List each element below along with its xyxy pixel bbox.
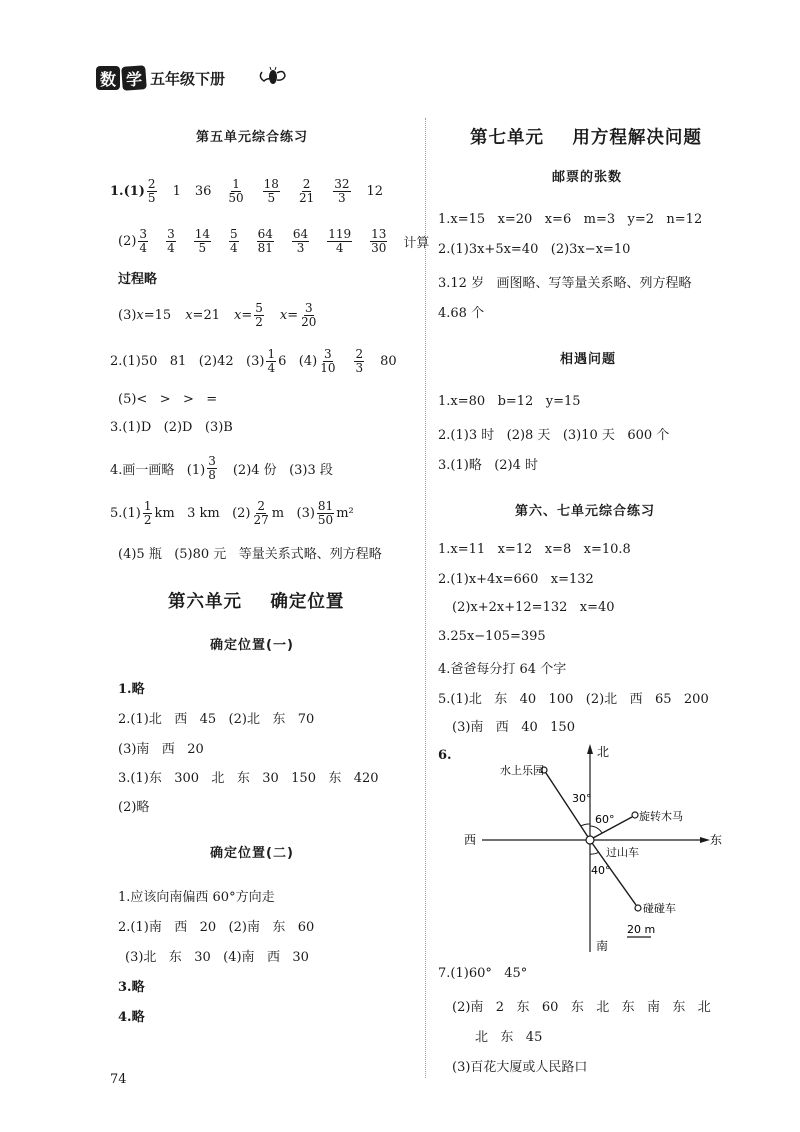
svg-text:20 m: 20 m [627,923,655,936]
section-title-stamps: 邮票的张数 [552,166,622,185]
svg-text:30°: 30° [572,792,592,805]
answer-line: (3)南 西 20 [118,738,204,757]
answer-line: 1.x=11 x=12 x=8 x=10.8 [438,542,631,557]
q6-label: 6. [438,748,452,763]
svg-text:北: 北 [597,745,609,759]
unit-title-unit6: 第六单元 确定位置 [168,588,344,613]
svg-text:西: 西 [464,833,476,847]
svg-text:碰碰车: 碰碰车 [643,901,676,915]
answer-line: 4.略 [118,1006,145,1025]
book-header: 数 学 五年级下册 [96,66,225,90]
fraction: 323 [333,178,350,205]
answer-line: (2)南 2 东 60 东 北 东 南 东 北 [452,996,711,1015]
answer-q1-part3: (3) x=15 x=21 x=52 x=320 [118,302,319,329]
answer-q1-part1: 1.(1) 25 1 36 150 185 221 323 12 [110,178,383,205]
svg-text:东: 东 [710,833,722,847]
direction-diagram: 北 南 西 东 水上乐园 30° 60° 旋转木马 过山车 40° 碰碰车 20… [460,740,730,964]
answer-line: 2.(1)南 西 20 (2)南 东 60 [118,916,314,935]
answer-line: 4.爸爸每分打 64 个字 [438,658,566,677]
logo-char-1: 数 [96,66,120,90]
svg-text:过山车: 过山车 [606,845,639,859]
answer-q3: 3.(1)D (2)D (3)B [110,420,233,435]
fraction: 221 [298,178,315,205]
section-title-position-2: 确定位置(二) [210,842,294,861]
answer-q4: 4.画一画略 (1) 38 (2)4 份 (3)3 段 [110,455,333,482]
svg-text:水上乐园: 水上乐园 [500,763,544,777]
section-title-meeting: 相遇问题 [560,348,616,367]
answer-q2: 2.(1)50 81 (2)42 (3) 14 6 (4) 310 23 80 [110,348,397,375]
column-divider [425,118,426,1078]
answer-q5: 5.(1) 12 km 3 km (2) 227 m (3) 8150 m² [110,500,354,527]
page-number: 74 [110,1072,127,1087]
fraction: 150 [227,178,244,205]
answer-line: 3.12 岁 画图略、写等量关系略、列方程略 [438,272,691,291]
fraction: 185 [263,178,280,205]
answer-line: 2.(1)3 时 (2)8 天 (3)10 天 600 个 [438,424,669,443]
answer-line: (3)南 西 40 150 [452,716,575,735]
book-title: 五年级下册 [150,68,225,89]
section-title-unit67-review: 第六、七单元综合练习 [515,500,655,519]
answer-line: 2.(1)x+4x=660 x=132 [438,572,594,587]
answer-q1-part2-cont: 过程略 [118,268,157,287]
answer-line: 5.(1)北 东 40 100 (2)北 西 65 200 [438,688,709,707]
answer-line: 7.(1)60° 45° [438,966,527,981]
answer-line: 3.25x−105=395 [438,629,546,644]
logo-char-2: 学 [121,65,147,91]
answer-q2-part5: (5)< > > = [118,392,217,407]
answer-line: 3.(1)略 (2)4 时 [438,454,538,473]
answer-q1-part2: (2) 34 34 145 54 6481 643 1194 1330 计算 [118,228,429,255]
fraction: 25 [147,178,157,205]
center-point [586,836,594,844]
answer-line: (3)北 东 30 (4)南 西 30 [125,946,309,965]
answer-line: (2)略 [118,796,149,815]
answer-line: 3.(1)东 300 北 东 30 150 东 420 [118,767,379,786]
section-title-unit5-review: 第五单元综合练习 [196,126,308,145]
answer-line: 3.略 [118,976,145,995]
answer-line: 1.应该向南偏西 60°方向走 [118,886,275,905]
answer-line: 4.68 个 [438,302,484,321]
svg-text:40°: 40° [591,864,611,877]
bee-icon [258,66,288,92]
svg-text:旋转木马: 旋转木马 [639,809,683,823]
answer-line: 1.略 [118,678,145,697]
answer-line: 1.x=80 b=12 y=15 [438,394,581,409]
answer-line: (2)x+2x+12=132 x=40 [452,600,615,615]
answer-line: 北 东 45 [475,1026,542,1045]
answer-line: 2.(1)3x+5x=40 (2)3x−x=10 [438,242,630,257]
svg-text:南: 南 [596,938,608,953]
answer-q5-cont: (4)5 瓶 (5)80 元 等量关系式略、列方程略 [118,543,382,562]
answer-line: 1.x=15 x=20 x=6 m=3 y=2 n=12 [438,212,702,227]
svg-text:60°: 60° [595,813,615,826]
answer-line: (3)百花大厦或人民路口 [452,1056,587,1075]
unit-title-unit7: 第七单元 用方程解决问题 [470,124,702,149]
answer-line: 2.(1)北 西 45 (2)北 东 70 [118,708,314,727]
section-title-position-1: 确定位置(一) [210,634,294,653]
